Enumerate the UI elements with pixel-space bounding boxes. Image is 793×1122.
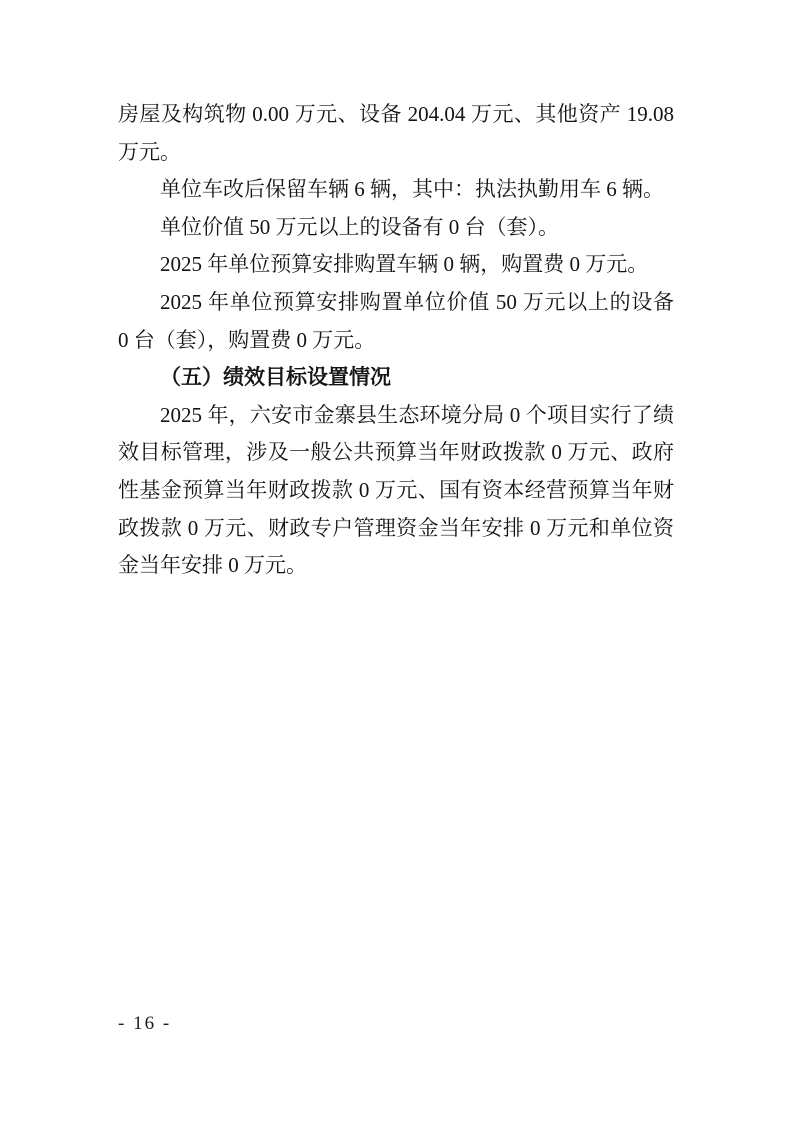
paragraph-retained-vehicles: 单位车改后保留车辆 6 辆，其中：执法执勤用车 6 辆。 [118, 171, 674, 209]
paragraph-equipment-over-50w: 单位价值 50 万元以上的设备有 0 台（套）。 [118, 209, 674, 247]
document-page: 房屋及构筑物 0.00 万元、设备 204.04 万元、其他资产 19.08 万… [0, 0, 793, 1122]
paragraph-assets-continuation: 房屋及构筑物 0.00 万元、设备 204.04 万元、其他资产 19.08 万… [118, 96, 674, 171]
section-heading-performance-targets: （五）绩效目标设置情况 [118, 359, 674, 397]
document-body: 房屋及构筑物 0.00 万元、设备 204.04 万元、其他资产 19.08 万… [118, 96, 674, 585]
paragraph-performance-targets: 2025 年，六安市金寨县生态环境分局 0 个项目实行了绩效目标管理，涉及一般公… [118, 397, 674, 585]
paragraph-2025-vehicle-purchase: 2025 年单位预算安排购置车辆 0 辆，购置费 0 万元。 [118, 246, 674, 284]
page-number: - 16 - [118, 1010, 171, 1038]
paragraph-2025-equipment-purchase: 2025 年单位预算安排购置单位价值 50 万元以上的设备 0 台（套），购置费… [118, 284, 674, 359]
